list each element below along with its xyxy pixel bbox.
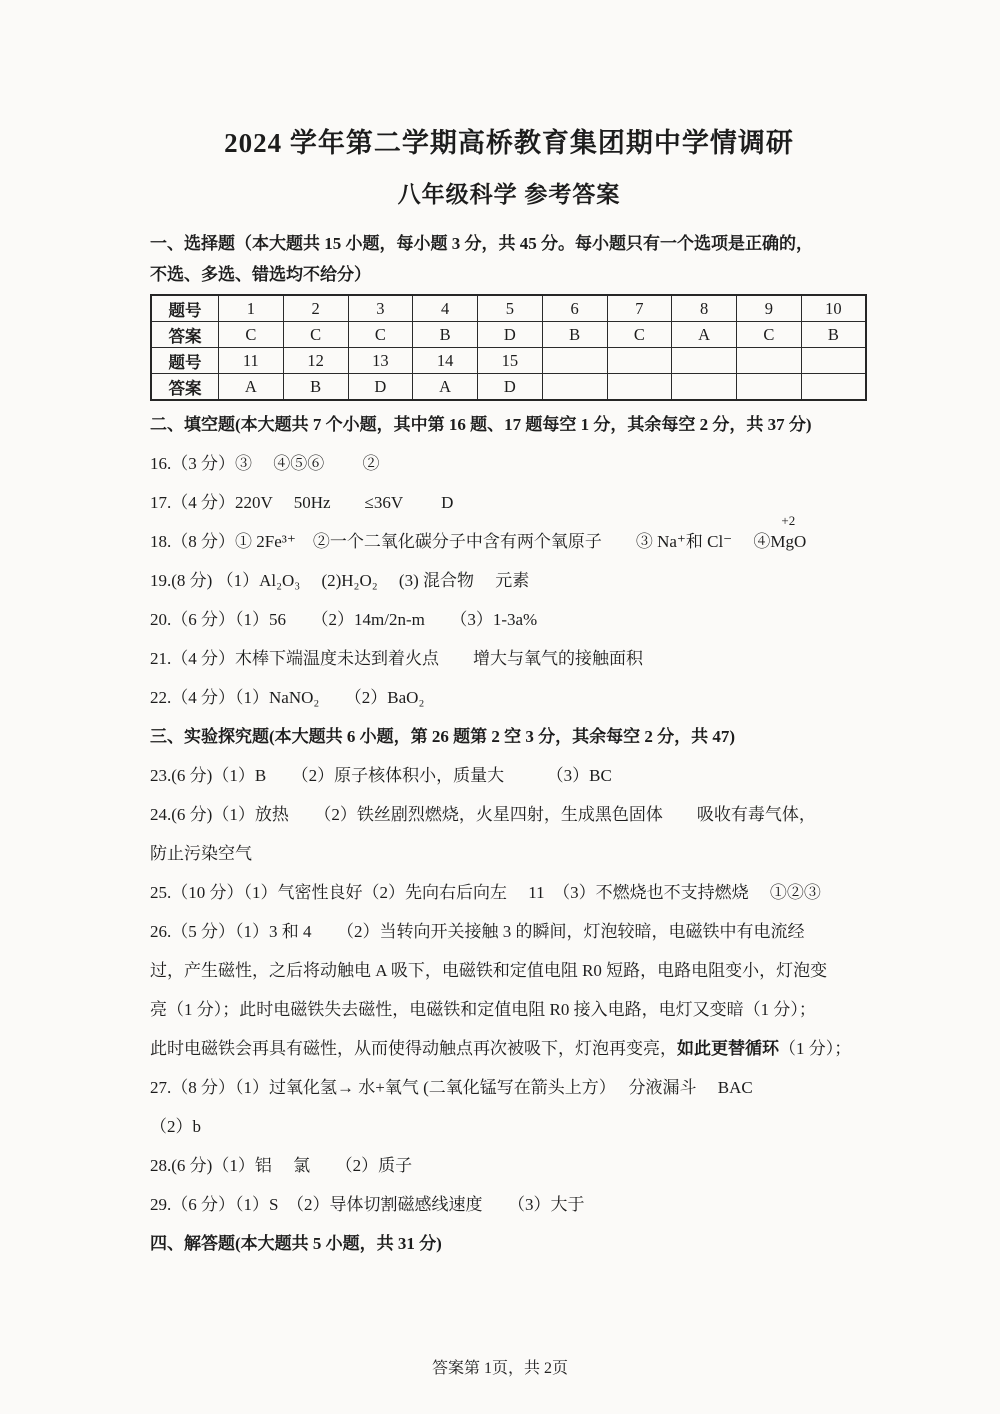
section-four-heading: 四、解答题(本大题共 5 小题，共 31 分): [150, 1232, 868, 1256]
section-one-heading-line2: 不选、多选、错选均不给分）: [150, 263, 868, 287]
answer-cell: 11: [219, 348, 284, 374]
item-28: 28.(6 分)（1）铝 氯 （2）质子: [150, 1154, 868, 1178]
item-24-line2: 防止污染空气: [150, 842, 868, 866]
item-17: 17.（4 分）220V 50Hz ≤36V D: [150, 491, 868, 515]
item-20: 20.（6 分）（1）56 （2）14m/2n-m （3）1-3a%: [150, 608, 868, 632]
item-27-line1: 27.（8 分）（1）过氧化氢→ 水+氧气 (二氧化锰写在箭头上方） 分液漏斗 …: [150, 1076, 868, 1100]
row-label-cell: 答案: [151, 322, 219, 348]
item-18: 18.（8 分）① 2Fe³⁺ ②一个二氧化碳分子中含有两个氧原子 ③ Na⁺和…: [150, 530, 868, 554]
row-label-cell: 题号: [151, 348, 219, 374]
answer-cell: [607, 374, 672, 401]
page-title: 2024 学年第二学期高桥教育集团期中学情调研: [150, 126, 868, 160]
item-26-line3: 亮（1 分）；此时电磁铁失去磁性，电磁铁和定值电阻 R0 接入电路，电灯又变暗（…: [150, 998, 868, 1022]
mgo-formula: MgO: [770, 532, 806, 551]
answer-cell: C: [219, 322, 284, 348]
section-one-heading-line1: 一、选择题（本大题共 15 小题，每小题 3 分，共 45 分。每小题只有一个选…: [150, 232, 868, 256]
answer-cell: 1: [219, 295, 284, 322]
section-two-heading: 二、填空题(本大题共 7 个小题，其中第 16 题、17 题每空 1 分，其余每…: [150, 413, 868, 437]
item-22: 22.（4 分）（1）NaNO₂ （2）BaO₂: [150, 686, 868, 710]
item-24-line1: 24.(6 分)（1）放热 （2）铁丝剧烈燃烧，火星四射，生成黑色固体 吸收有毒…: [150, 803, 868, 827]
mgo-with-charge: +2MgO: [770, 530, 806, 554]
answer-cell: [607, 348, 672, 374]
table-row: 答案ABDAD: [151, 374, 866, 401]
answer-cell: A: [672, 322, 737, 348]
answer-table-body: 题号12345678910答案CCCBDBCACB题号1112131415答案A…: [151, 295, 866, 400]
answer-cell: 13: [348, 348, 413, 374]
table-row: 答案CCCBDBCACB: [151, 322, 866, 348]
answer-cell: D: [348, 374, 413, 401]
item-18-text: 18.（8 分）① 2Fe³⁺ ②一个二氧化碳分子中含有两个氧原子 ③ Na⁺和…: [150, 532, 770, 551]
item-26-line4-pre: 此时电磁铁会再具有磁性，从而使得动触点再次被吸下，灯泡再变亮，: [150, 1039, 677, 1058]
answer-cell: 3: [348, 295, 413, 322]
answer-cell: D: [478, 374, 543, 401]
answer-cell: 6: [542, 295, 607, 322]
answer-cell: A: [413, 374, 478, 401]
item-19: 19.(8 分) （1）Al₂O₃ (2)H₂O₂ (3) 混合物 元素: [150, 569, 868, 593]
item-23: 23.(6 分)（1）B （2）原子核体积小，质量大 （3）BC: [150, 764, 868, 788]
mgo-charge-label: +2: [781, 514, 795, 527]
item-26-line1: 26.（5 分）（1）3 和 4 （2）当转向开关接触 3 的瞬间，灯泡较暗，电…: [150, 920, 868, 944]
item-25: 25.（10 分）（1）气密性良好（2）先向右后向左 11 （3）不燃烧也不支持…: [150, 881, 868, 905]
answer-cell: A: [219, 374, 284, 401]
answer-cell: 5: [478, 295, 543, 322]
answer-cell: 12: [283, 348, 348, 374]
answer-cell: B: [413, 322, 478, 348]
answer-cell: 10: [801, 295, 866, 322]
answer-table: 题号12345678910答案CCCBDBCACB题号1112131415答案A…: [150, 294, 867, 401]
table-row: 题号12345678910: [151, 295, 866, 322]
answer-cell: 2: [283, 295, 348, 322]
answer-cell: 9: [737, 295, 802, 322]
answer-cell: 15: [478, 348, 543, 374]
section-three-heading: 三、实验探究题(本大题共 6 小题，第 26 题第 2 空 3 分，其余每空 2…: [150, 725, 868, 749]
answer-cell: [801, 374, 866, 401]
answer-cell: D: [478, 322, 543, 348]
answer-cell: C: [607, 322, 672, 348]
item-27-line2: （2）b: [150, 1115, 868, 1139]
answer-cell: C: [737, 322, 802, 348]
answer-cell: B: [283, 374, 348, 401]
answer-cell: B: [542, 322, 607, 348]
answer-cell: 7: [607, 295, 672, 322]
answer-cell: 4: [413, 295, 478, 322]
row-label-cell: 答案: [151, 374, 219, 401]
item-26-line4-bold: 如此更替循环: [677, 1039, 779, 1058]
page-subtitle: 八年级科学 参考答案: [150, 180, 868, 210]
document-page: 2024 学年第二学期高桥教育集团期中学情调研 八年级科学 参考答案 一、选择题…: [0, 0, 1000, 1256]
answer-cell: [801, 348, 866, 374]
answer-cell: [737, 374, 802, 401]
item-26-line2: 过，产生磁性，之后将动触电 A 吸下，电磁铁和定值电阻 R0 短路，电路电阻变小…: [150, 959, 868, 983]
item-26-line4: 此时电磁铁会再具有磁性，从而使得动触点再次被吸下，灯泡再变亮，如此更替循环（1 …: [150, 1037, 868, 1061]
item-21: 21.（4 分）木棒下端温度未达到着火点 增大与氧气的接触面积: [150, 647, 868, 671]
answer-cell: C: [283, 322, 348, 348]
table-row: 题号1112131415: [151, 348, 866, 374]
answer-cell: [542, 348, 607, 374]
answer-cell: [672, 374, 737, 401]
answer-cell: 14: [413, 348, 478, 374]
row-label-cell: 题号: [151, 295, 219, 322]
page-footer: 答案第 1页，共 2页: [0, 1355, 1000, 1378]
item-29: 29.（6 分）（1）S （2）导体切割磁感线速度 （3）大于: [150, 1193, 868, 1217]
answer-cell: [737, 348, 802, 374]
answer-cell: [542, 374, 607, 401]
answer-cell: 8: [672, 295, 737, 322]
answer-cell: B: [801, 322, 866, 348]
item-16: 16.（3 分）③ ④⑤⑥ ②: [150, 452, 868, 476]
answer-cell: [672, 348, 737, 374]
item-26-line4-post: （1 分）；: [779, 1039, 851, 1058]
answer-cell: C: [348, 322, 413, 348]
